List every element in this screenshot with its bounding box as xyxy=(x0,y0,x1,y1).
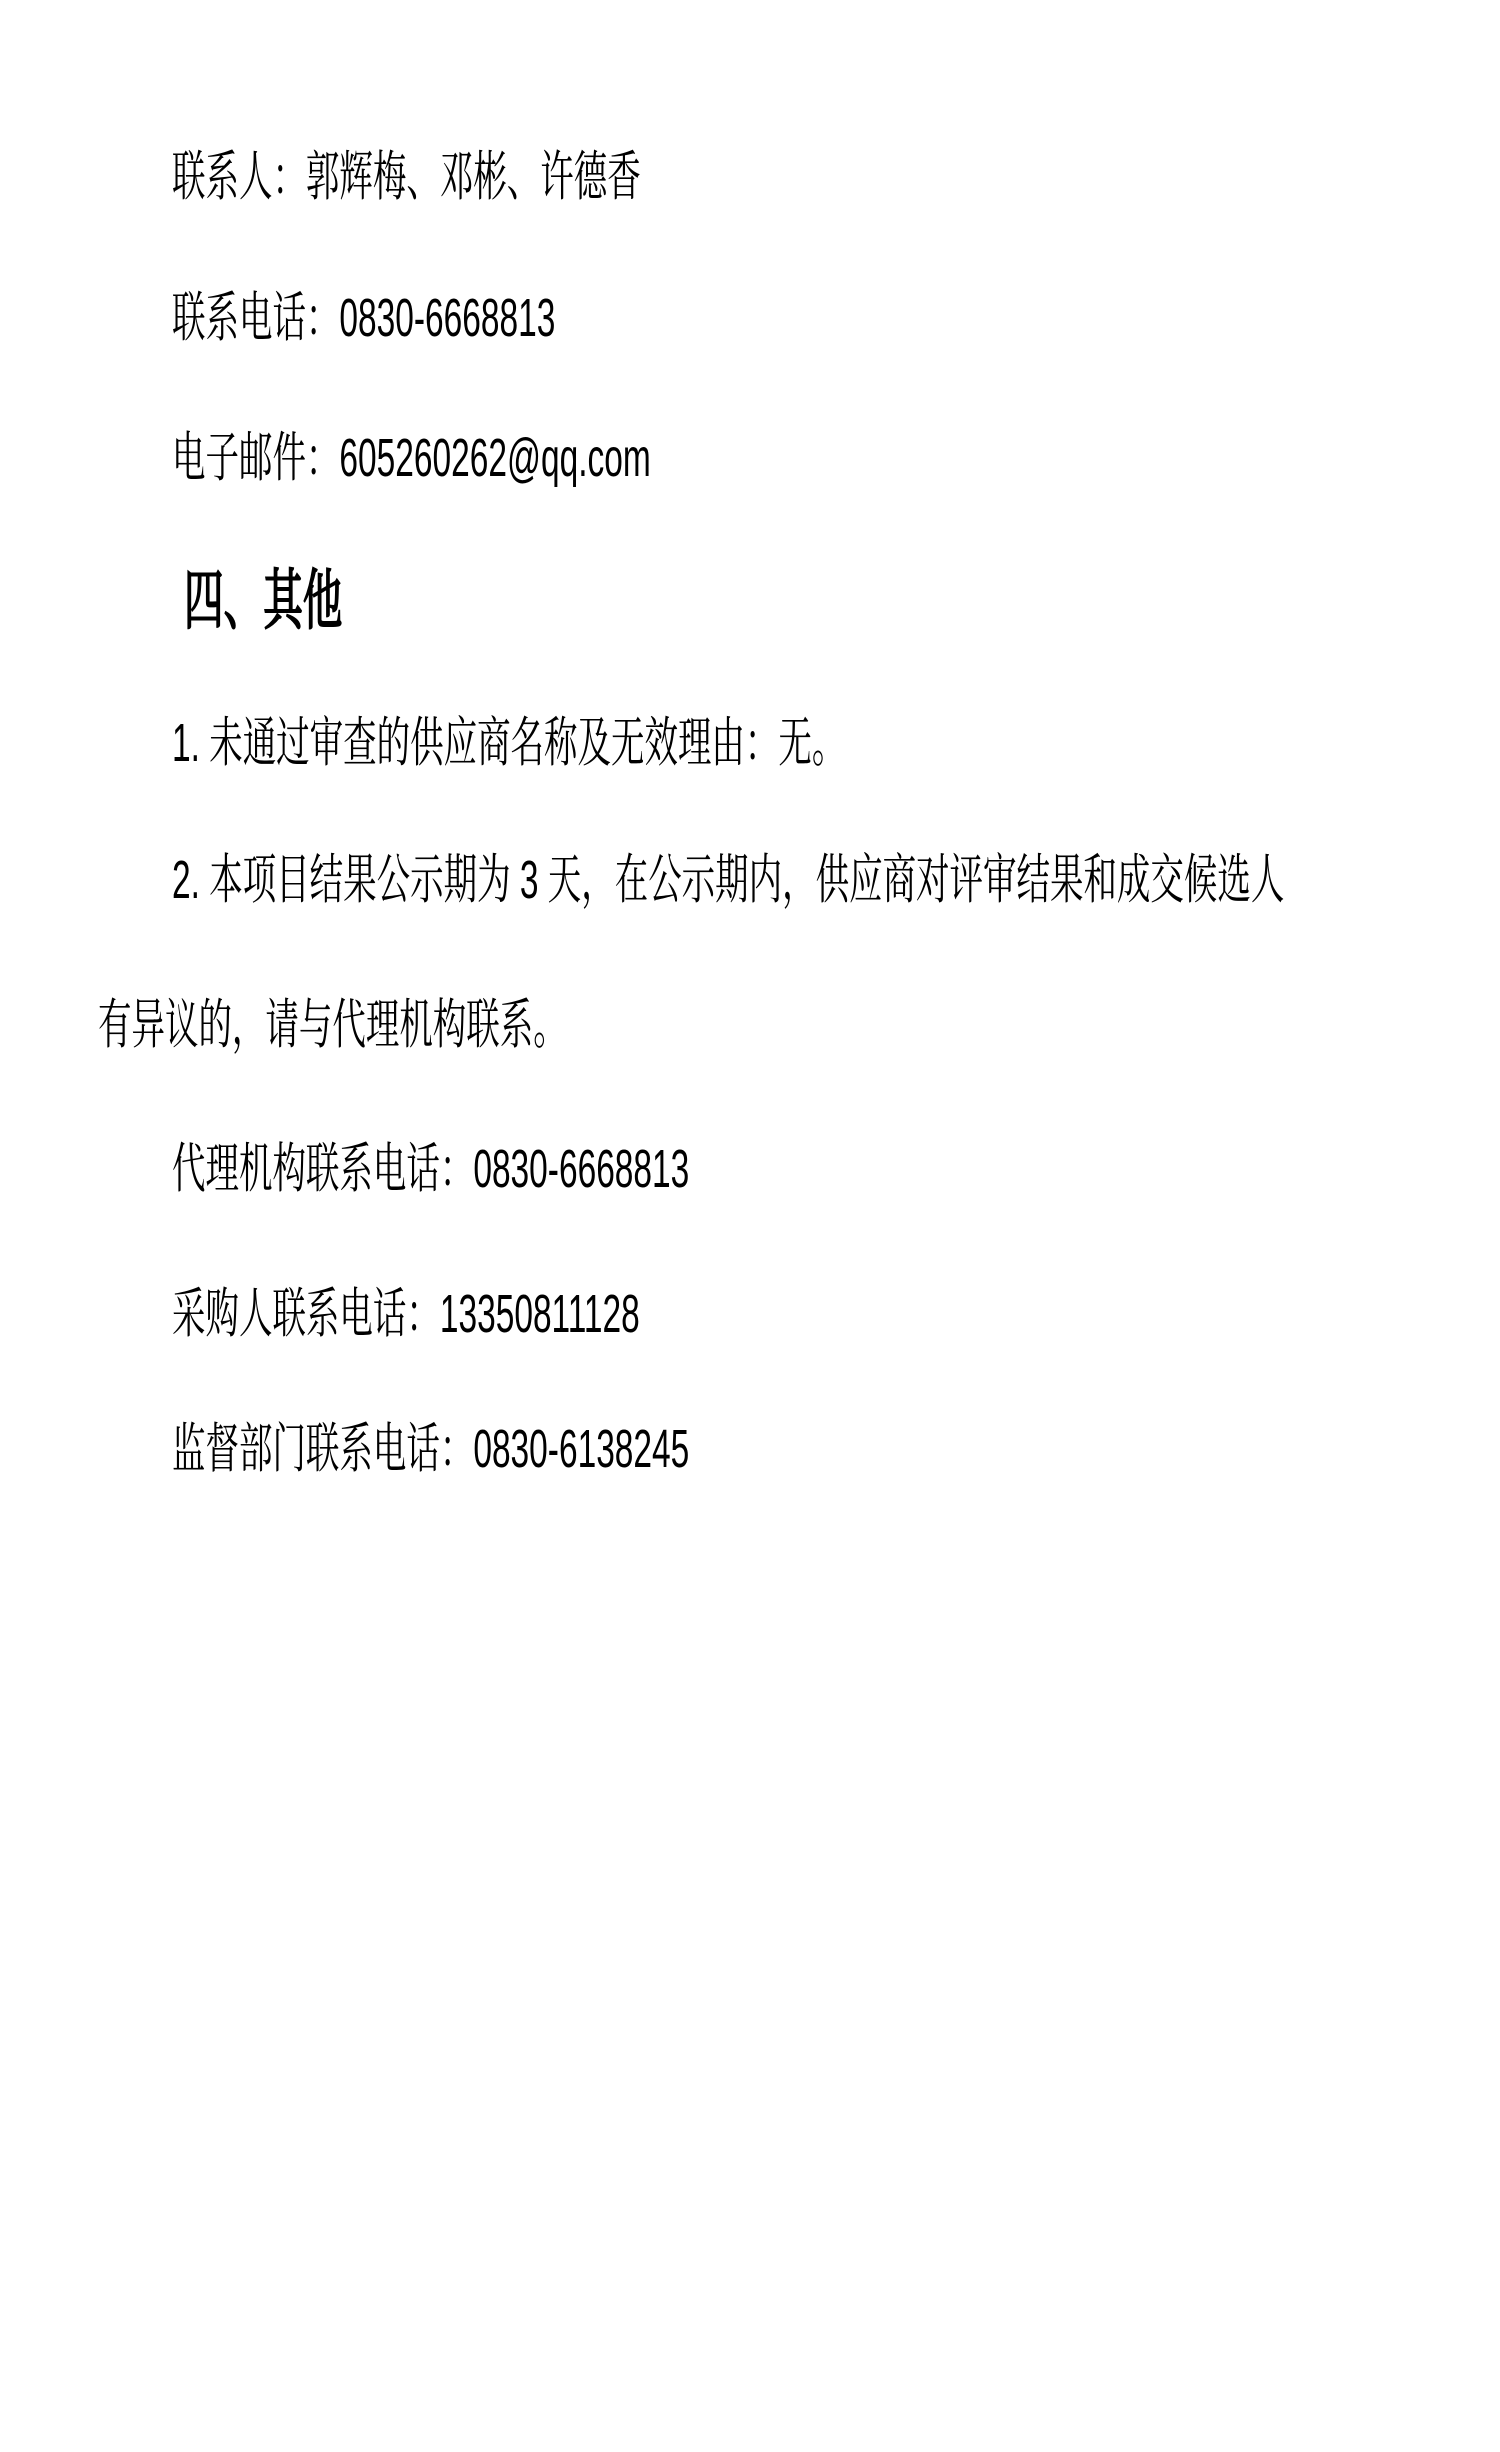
section-heading: 四、其他 xyxy=(184,567,342,633)
contact-person-line: 联系人：郭辉梅、邓彬、许德香 xyxy=(172,150,641,204)
supervision-phone-line: 监督部门联系电话：0830-6138245 xyxy=(172,1422,689,1476)
agency-phone-line: 代理机构联系电话：0830-6668813 xyxy=(172,1142,689,1196)
email-line: 电子邮件：605260262@qq.com xyxy=(172,431,651,485)
contact-phone-line: 联系电话：0830-6668813 xyxy=(172,291,555,345)
item-1-line: 1. 未通过审查的供应商名称及无效理由：无。 xyxy=(172,716,845,770)
item-2-line-2: 有异议的，请与代理机构联系。 xyxy=(98,998,567,1052)
item-2-line-1: 2. 本项目结果公示期为 3 天，在公示期内，供应商对评审结果和成交候选人 xyxy=(172,853,1284,907)
purchaser-phone-line: 采购人联系电话：13350811128 xyxy=(172,1287,640,1341)
document-page: 联系人：郭辉梅、邓彬、许德香 联系电话：0830-6668813 电子邮件：60… xyxy=(0,0,1500,2452)
